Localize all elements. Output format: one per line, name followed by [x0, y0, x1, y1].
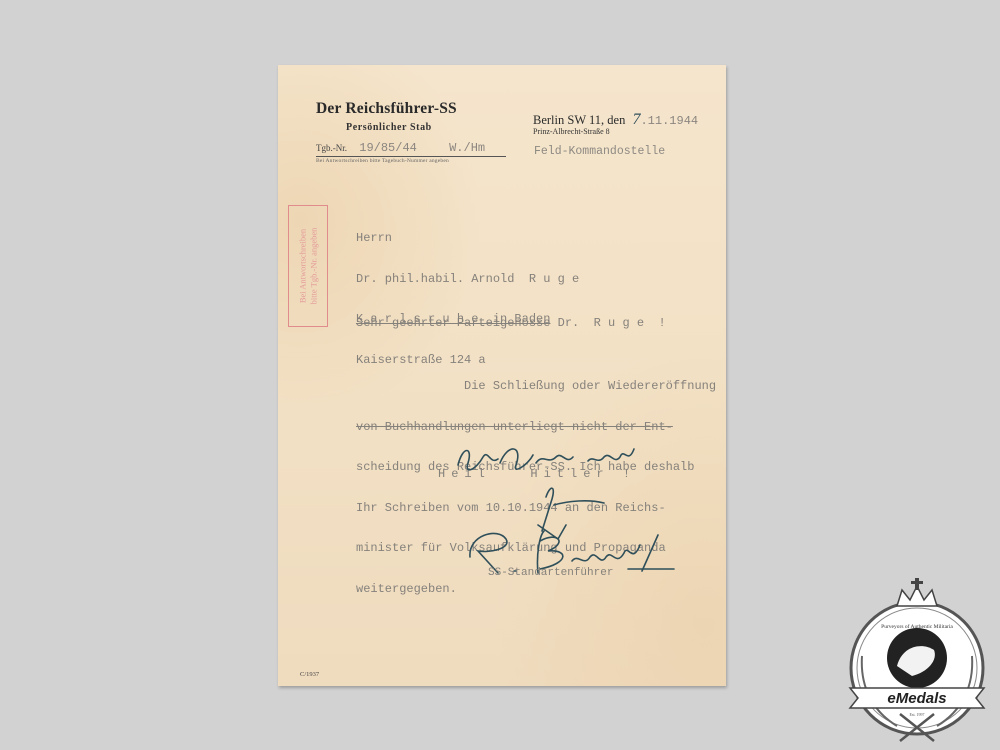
red-stamp: Bei Antwortschreiben bitte Tgb.-Nr. ange…: [288, 205, 328, 327]
sender-street: Prinz-Albrecht-Straße 8: [533, 127, 610, 136]
body-line: Die Schließung oder Wiedereröffnung: [356, 380, 716, 394]
stamp-line-1: Bei Antwortschreiben: [297, 228, 308, 305]
recipient-name: Dr. phil.habil. Arnold R u g e: [356, 273, 579, 287]
journal-initials: W./Hm: [449, 141, 485, 155]
journal-number-line: Tgb.-Nr. 19/85/44 W./Hm: [316, 141, 506, 157]
sender-office: Feld-Kommandostelle: [534, 145, 665, 158]
letterhead-title: Der Reichsführer-SS: [316, 100, 457, 118]
body-line: weitergegeben.: [356, 583, 716, 597]
journal-number-note: Bei Antwortschreiben bitte Tagebuch-Numm…: [316, 158, 449, 164]
watermark-established: Est. 1997: [909, 712, 924, 717]
body-line: von Buchhandlungen unterliegt nicht der …: [356, 421, 716, 435]
greeting: Sehr geehrter Parteigenosse Dr. R u g e …: [356, 317, 666, 331]
letter-document: Der Reichsführer-SS Persönlicher Stab Tg…: [278, 65, 726, 686]
form-number: C/1937: [300, 671, 319, 678]
journal-number: 19/85/44: [359, 141, 417, 155]
journal-number-label: Tgb.-Nr.: [316, 143, 347, 153]
letterhead-subtitle: Persönlicher Stab: [346, 122, 432, 133]
city-line: Berlin SW 11, den: [533, 113, 625, 127]
handwritten-signature-icon: [428, 435, 708, 575]
emedals-watermark-logo-icon: eMedals Est. 1997 Purveyors of Authentic…: [842, 576, 992, 746]
recipient-salutation: Herrn: [356, 232, 579, 246]
signatory-rank: SS-Standartenführer: [488, 567, 613, 581]
stamp-line-2: bitte Tgb.-Nr. angeben: [308, 228, 319, 305]
watermark-motto: Purveyors of Authentic Militaria: [881, 623, 953, 630]
typed-date: .11.1944: [640, 114, 698, 128]
watermark-brand: eMedals: [887, 690, 946, 707]
